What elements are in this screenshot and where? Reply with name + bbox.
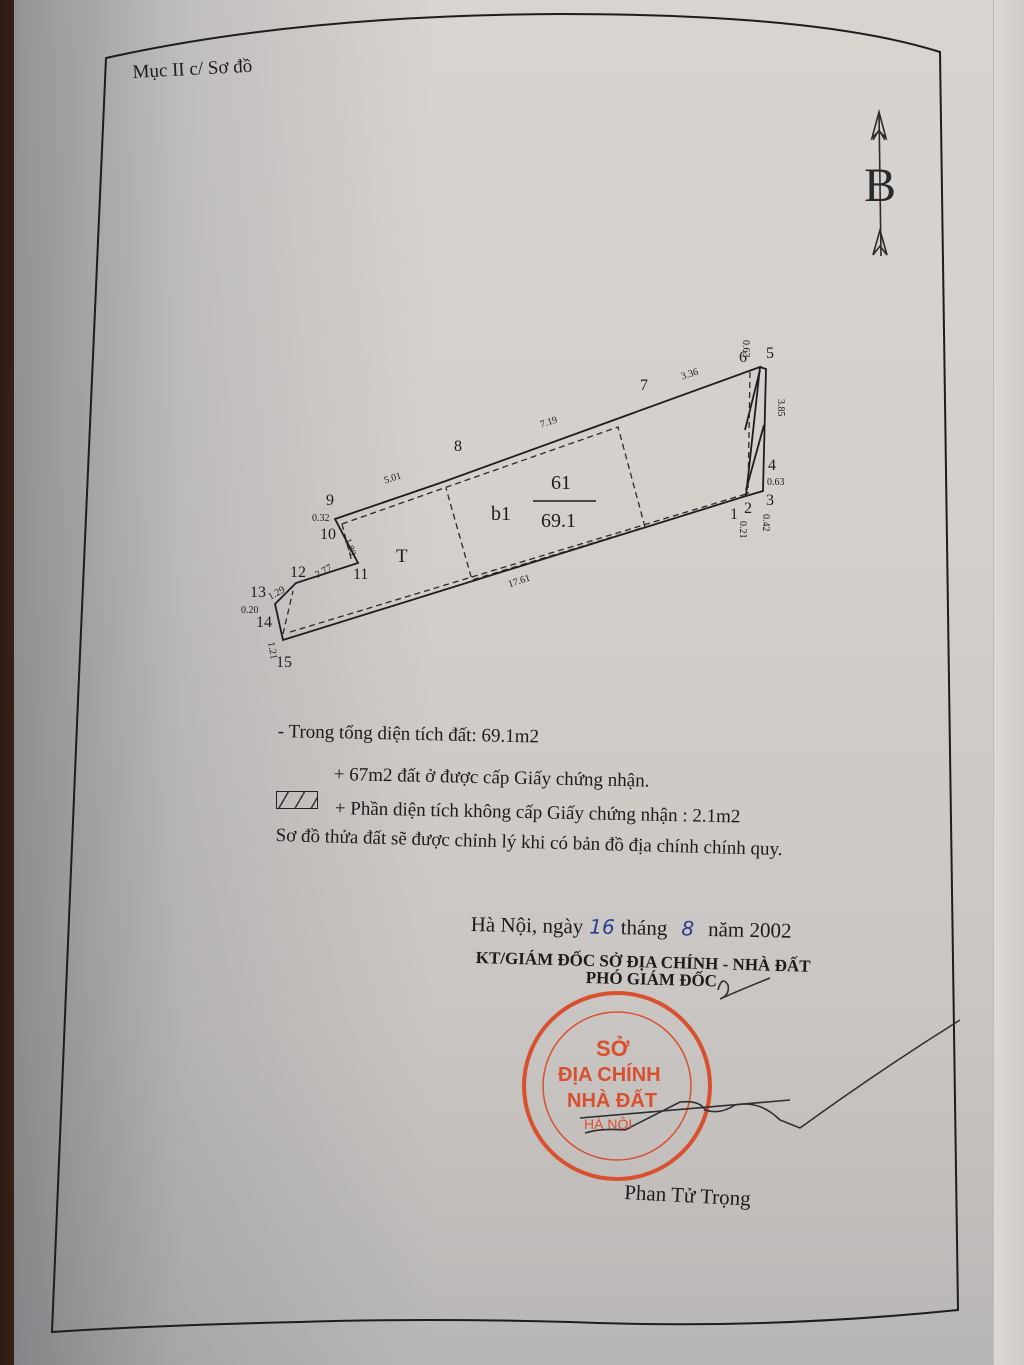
point-11: 11 [353, 566, 368, 584]
point-8: 8 [454, 438, 462, 456]
handwritten-day: 16 [583, 914, 621, 939]
point-10: 10 [320, 526, 336, 544]
point-9: 9 [326, 492, 334, 510]
month-label: tháng [620, 915, 667, 940]
edge-length-4-5: 3.85 [775, 399, 786, 417]
stamp-line-1: SỞ [596, 1036, 629, 1062]
handwritten-month: 8 [667, 916, 708, 941]
point-13: 13 [250, 584, 266, 602]
year-label: năm 2002 [708, 917, 792, 943]
point-14: 14 [256, 614, 272, 632]
point-12: 12 [290, 564, 306, 582]
stamp-line-4: HÀ NỘI [584, 1116, 632, 1132]
point-7: 7 [640, 377, 648, 395]
edge-length-13-14: 0.20 [241, 605, 259, 616]
parcel-boundary [275, 367, 766, 640]
point-5: 5 [766, 345, 774, 363]
edge-length-5-6: 0.63 [740, 340, 751, 358]
parcel-number: 61 [551, 472, 571, 495]
position-title: PHÓ GIÁM ĐỐC [585, 968, 717, 991]
point-3: 3 [766, 492, 774, 510]
parcel-area: 69.1 [541, 510, 576, 533]
north-label: B [864, 158, 896, 213]
land-use-label: T [396, 546, 408, 568]
stamp-line-3: NHÀ ĐẤT [567, 1090, 657, 1113]
point-2: 2 [744, 500, 752, 518]
place-prefix: Hà Nội, ngày [470, 912, 583, 938]
page-frame [52, 14, 958, 1332]
inner-dashed-lines [283, 372, 750, 634]
land-type-code: b1 [491, 503, 511, 526]
edge-length-1-2: 0.21 [737, 521, 748, 539]
edge-length-2-3: 0.42 [760, 514, 771, 532]
hatch-legend-icon [276, 791, 318, 809]
edge-length-3-4: 0.63 [767, 477, 785, 488]
edge-length-9-10: 0.32 [312, 513, 330, 524]
stamp-line-2: ĐỊA CHÍNH [558, 1064, 661, 1087]
point-4: 4 [768, 457, 776, 475]
